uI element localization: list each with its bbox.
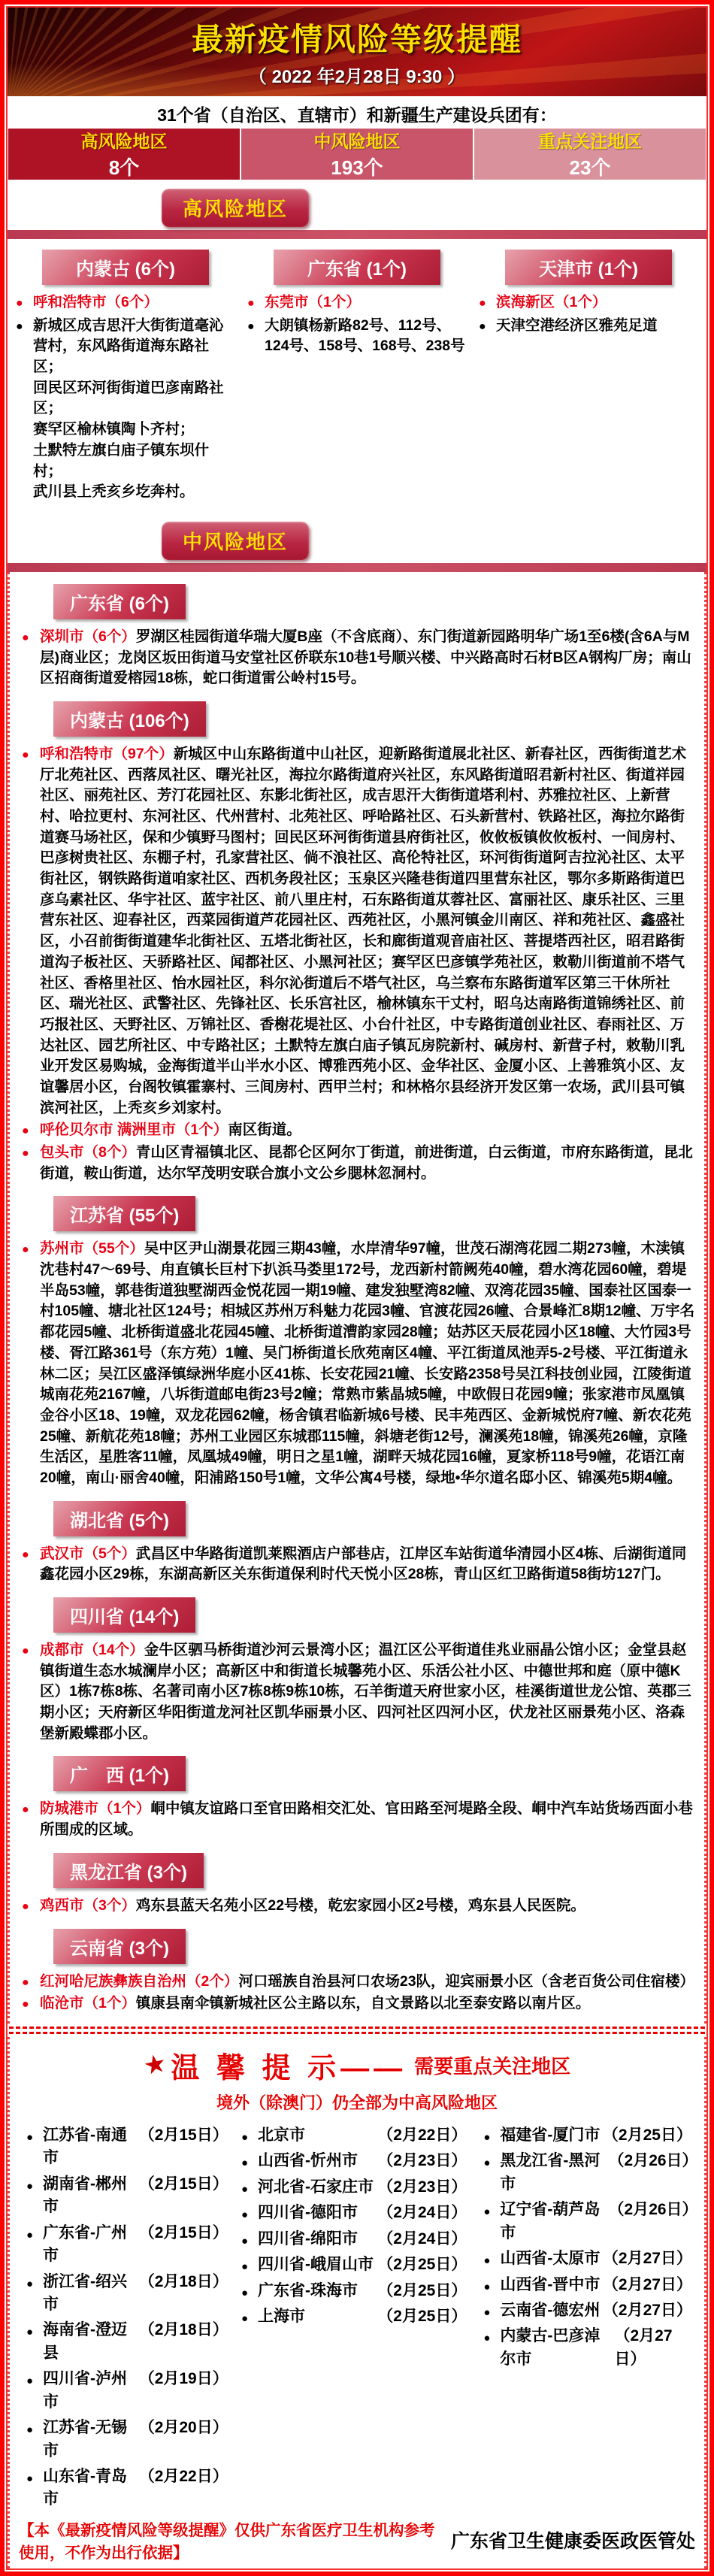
province-section-neimenggu: 内蒙古 (106个) 呼和浩特市（97个）新城区中山东路街道中山社区，迎新路街道… — [14, 691, 700, 1184]
risk-entry: 临沧市（1个）镇康县南伞镇新城社区公主路以东，自文景路以北至泰安路以南片区。 — [17, 1993, 697, 2014]
area-name: 黑龙江省-黑河市 — [500, 2150, 608, 2196]
area-name: 辽宁省-葫芦岛市 — [500, 2199, 608, 2245]
bullet-icon — [247, 292, 255, 313]
city-label: 滨海新区（1个） — [496, 294, 607, 310]
city-entry: 东莞市（1个） — [245, 292, 469, 313]
high-risk-badge-row: 高风险地区 — [8, 189, 706, 239]
bullet-icon — [22, 1896, 29, 1917]
area-entry: 天津空港经济区雅苑足道 — [477, 316, 700, 337]
focus-item: 福建省-厦门市（2月25日） — [480, 2124, 692, 2147]
high-risk-columns: 内蒙古 (6个) 呼和浩特市（6个） 新城区成吉思汗大街街道毫沁营村，东风路街道… — [8, 239, 706, 513]
focus-col-3: 福建省-厦门市（2月25日） 黑龙江省-黑河市（2月26日） 辽宁省-葫芦岛市（… — [473, 2121, 698, 2514]
area-name: 福建省-厦门市 — [500, 2124, 600, 2147]
city-label: 呼伦贝尔市 满洲里市（1个） — [40, 1122, 228, 1138]
city-entry: 滨海新区（1个） — [477, 292, 700, 313]
area-date: （2月26日） — [609, 2150, 692, 2196]
area-date: （2月18日） — [139, 2319, 225, 2365]
city-label: 呼和浩特市（97个） — [40, 746, 174, 762]
area-date: （2月27日） — [603, 2248, 692, 2270]
bullet-icon — [26, 2417, 33, 2440]
focus-item: 广东省-广州市（2月15日） — [23, 2222, 225, 2268]
province-badge: 四川省 (14个) — [53, 1597, 195, 1633]
focus-item: 辽宁省-葫芦岛市（2月26日） — [480, 2199, 692, 2245]
bullet-icon — [241, 2229, 248, 2251]
bullet-icon — [247, 316, 255, 337]
bullet-icon — [241, 2281, 248, 2303]
bullet-icon — [483, 2275, 490, 2297]
area-name: 江苏省-南通市 — [43, 2124, 139, 2170]
focus-item: 四川省-德阳市（2月24日） — [238, 2202, 467, 2224]
area-name: 江苏省-无锡市 — [43, 2417, 139, 2462]
area-list: 河口瑶族自治县河口农场23队，迎宾丽景小区（含老百货公司住宿楼） — [238, 1973, 694, 1990]
area-date: （2月24日） — [377, 2228, 467, 2251]
area-date: （2月15日） — [139, 2124, 225, 2170]
focus-item: 广东省-珠海市（2月25日） — [238, 2280, 467, 2302]
focus-item: 浙江省-绍兴市（2月18日） — [23, 2271, 225, 2317]
focus-item: 山西省-晋中市（2月27日） — [480, 2274, 692, 2296]
city-label: 红河哈尼族彝族自治州（2个） — [40, 1973, 238, 1990]
bullet-icon — [22, 1799, 29, 1820]
city-entry: 呼和浩特市（6个） — [14, 292, 237, 313]
risk-entry: 深圳市（6个）罗湖区桂园街道华瑞大厦B座（不含底商）、东门街道新园路明华广场1至… — [17, 627, 697, 689]
province-badge: 广东省 (6个) — [53, 584, 186, 619]
city-label: 东莞市（1个） — [265, 294, 361, 310]
area-date: （2月20日） — [139, 2417, 225, 2462]
area-list: 吴中区尹山湖景花园三期43幢，水岸清华97幢，世茂石湖湾花园二期273幢，木渎镇… — [40, 1240, 694, 1486]
high-risk-col-guangdong: 广东省 (1个) 东莞市（1个） 大朗镇杨新路82号、112号、124号、158… — [245, 250, 469, 505]
bullet-icon — [16, 316, 23, 337]
area-name: 山东省-青岛市 — [43, 2466, 139, 2511]
bullet-icon — [22, 1120, 29, 1141]
bullet-icon — [26, 2369, 33, 2391]
area-name: 浙江省-绍兴市 — [43, 2271, 139, 2317]
area-list: 镇康县南伞镇新城社区公主路以东，自文景路以北至泰安路以南片区。 — [136, 1995, 591, 2011]
province-badge: 黑龙江省 (3个) — [53, 1853, 204, 1888]
stat-count: 8个 — [8, 153, 240, 180]
focus-col-2: 北京市（2月22日） 山西省-忻州市（2月23日） 河北省-石家庄市（2月23日… — [231, 2121, 473, 2514]
focus-item: 云南省-德宏州（2月27日） — [480, 2299, 692, 2322]
focus-item: 四川省-绵阳市（2月24日） — [238, 2228, 467, 2251]
issuing-department: 广东省卫生健康委医政医管处 — [451, 2526, 695, 2553]
focus-item: 山西省-太原市（2月27日） — [480, 2248, 692, 2270]
bullet-icon — [22, 1239, 29, 1260]
bullet-icon — [483, 2326, 490, 2348]
focus-item: 湖南省-郴州市（2月15日） — [23, 2173, 225, 2219]
focus-item: 四川省-峨眉山市（2月25日） — [238, 2254, 467, 2276]
city-label: 苏州市（55个） — [40, 1240, 144, 1257]
province-section-hubei: 湖北省 (5个) 武汉市（5个）武昌区中华路街道凯莱熙酒店户部巷店，江岸区车站街… — [14, 1491, 700, 1585]
area-list: 武昌区中华路街道凯莱熙酒店户部巷店，江岸区车站街道华清园小区4栋、后湖街道同鑫花… — [40, 1545, 686, 1583]
medium-risk-badge-row: 中风险地区 — [8, 522, 706, 572]
risk-entry: 包头市（8个）青山区青福镇北区、昆都仑区阿尔丁街道，前进街道，白云街道，市府东路… — [17, 1143, 697, 1184]
province-badge: 江苏省 (55个) — [53, 1196, 195, 1231]
bullet-icon — [479, 316, 486, 337]
bullet-icon — [26, 2125, 33, 2148]
stat-label: 中风险地区 — [241, 128, 473, 153]
focus-item: 山西省-忻州市（2月23日） — [238, 2150, 467, 2172]
bullet-icon — [22, 1143, 29, 1164]
area-name: 山西省-太原市 — [500, 2248, 600, 2270]
area-date: （2月25日） — [377, 2254, 467, 2276]
bullet-icon — [26, 2174, 33, 2196]
risk-entry: 红河哈尼族彝族自治州（2个）河口瑶族自治县河口农场23队，迎宾丽景小区（含老百货… — [17, 1972, 697, 1993]
warm-tips-section: ★温 馨 提 示——需要重点关注地区 境外（除澳门）仍全部为中高风险地区 江苏省… — [8, 2037, 706, 2568]
area-entry: 新城区成吉思汗大街街道毫沁营村，东风路街道海东路社区； 回民区环河街街道巴彦南路… — [14, 316, 237, 503]
bullet-icon — [22, 1972, 29, 1993]
star-icon: ★ — [141, 2048, 169, 2082]
city-label: 鸡西市（3个） — [40, 1897, 136, 1914]
bullet-icon — [26, 2223, 33, 2245]
area-date: （2月22日） — [139, 2466, 225, 2511]
page-title: 最新疫情风险等级提醒 — [8, 15, 706, 60]
bullet-icon — [241, 2306, 248, 2329]
bullet-icon — [22, 744, 29, 765]
city-label: 成都市（14个） — [40, 1642, 144, 1658]
province-section-guangdong: 广东省 (6个) 深圳市（6个）罗湖区桂园街道华瑞大厦B座（不含底商）、东门街道… — [14, 574, 700, 689]
focus-areas-grid: 江苏省-南通市（2月15日） 湖南省-郴州市（2月15日） 广东省-广州市（2月… — [16, 2121, 698, 2514]
bullet-icon — [26, 2272, 33, 2294]
header-banner: 最新疫情风险等级提醒 （ 2022 年2月28日 9:30 ） — [8, 8, 706, 98]
intro-line: 31个省（自治区、直辖市）和新疆生产建设兵团有： — [8, 98, 706, 129]
province-header: 内蒙古 (6个) — [42, 250, 210, 285]
area-name: 北京市 — [258, 2124, 305, 2147]
area-list: 新城区中山东路街道中山社区，迎新路街道展北社区、新春社区，西街街道艺术厅北苑社区… — [40, 746, 686, 1116]
high-risk-col-tianjin: 天津市 (1个) 滨海新区（1个） 天津空港经济区雅苑足道 — [477, 250, 700, 505]
disclaimer-text: 【本《最新疫情风险等级提醒》仅供广东省医疗卫生机构参考使用，不作为出行依据】 — [19, 2517, 449, 2562]
bullet-icon — [479, 292, 486, 313]
stat-count: 23个 — [474, 153, 706, 180]
area-date: （2月24日） — [377, 2202, 467, 2224]
area-list: 鸡东县蓝天名苑小区22号楼，乾宏家园小区2号楼，鸡东县人民医院。 — [136, 1897, 585, 1914]
area-date: （2月27日） — [603, 2274, 692, 2296]
bullet-icon — [241, 2125, 248, 2148]
area-date: （2月27日） — [614, 2325, 691, 2371]
risk-entry: 武汉市（5个）武昌区中华路街道凯莱熙酒店户部巷店，江岸区车站街道华清园小区4栋、… — [17, 1544, 697, 1585]
province-section-heilongjiang: 黑龙江省 (3个) 鸡西市（3个）鸡东县蓝天名苑小区22号楼，乾宏家园小区2号楼… — [14, 1842, 700, 1917]
province-section-sichuan: 四川省 (14个) 成都市（14个）金牛区驷马桥街道沙河云景湾小区；温江区公平街… — [14, 1587, 700, 1744]
bullet-icon — [22, 1640, 29, 1661]
bullet-icon — [26, 2320, 33, 2342]
footer: 【本《最新疫情风险等级提醒》仅供广东省医疗卫生机构参考使用，不作为出行依据】 广… — [16, 2514, 698, 2568]
area-date: （2月27日） — [603, 2299, 692, 2322]
area-date: （2月23日） — [377, 2150, 467, 2172]
area-name: 广东省-珠海市 — [258, 2280, 358, 2302]
area-date: （2月18日） — [139, 2271, 225, 2317]
city-label: 深圳市（6个） — [40, 628, 136, 645]
focus-item: 河北省-石家庄市（2月23日） — [238, 2176, 467, 2199]
focus-item: 江苏省-无锡市（2月20日） — [23, 2417, 225, 2462]
province-badge: 湖北省 (5个) — [53, 1501, 186, 1536]
stat-medium-risk: 中风险地区 193个 — [241, 129, 473, 180]
focus-item: 四川省-泸州市（2月19日） — [23, 2368, 225, 2414]
area-name: 广东省-广州市 — [43, 2222, 139, 2268]
province-section-jiangsu: 江苏省 (55个) 苏州市（55个）吴中区尹山湖景花园三期43幢，水岸清华97幢… — [14, 1185, 700, 1488]
city-label: 防城港市（1个） — [40, 1800, 150, 1817]
poster-frame: 最新疫情风险等级提醒 （ 2022 年2月28日 9:30 ） 31个省（自治区… — [0, 0, 714, 2576]
area-name: 四川省-德阳市 — [258, 2202, 358, 2224]
medium-risk-sections: 广东省 (6个) 深圳市（6个）罗湖区桂园街道华瑞大厦B座（不含底商）、东门街道… — [8, 572, 706, 2024]
focus-item: 北京市（2月22日） — [238, 2124, 467, 2147]
area-name: 湖南省-郴州市 — [43, 2173, 139, 2219]
stat-high-risk: 高风险地区 8个 — [8, 129, 240, 180]
report-datetime: （ 2022 年2月28日 9:30 ） — [8, 62, 706, 88]
focus-item: 江苏省-南通市（2月15日） — [23, 2124, 225, 2170]
bullet-icon — [26, 2466, 33, 2489]
bullet-icon — [241, 2151, 248, 2173]
area-date: （2月26日） — [609, 2199, 692, 2245]
area-date: （2月22日） — [377, 2124, 467, 2147]
bullet-icon — [483, 2300, 490, 2323]
risk-entry: 呼伦贝尔市 满洲里市（1个）南区街道。 — [17, 1120, 697, 1141]
high-risk-col-neimenggu: 内蒙古 (6个) 呼和浩特市（6个） 新城区成吉思汗大街街道毫沁营村，东风路街道… — [14, 250, 237, 505]
area-name: 四川省-泸州市 — [43, 2368, 139, 2414]
bullet-icon — [483, 2199, 490, 2222]
province-badge: 广 西 (1个) — [53, 1756, 186, 1791]
area-name: 云南省-德宏州 — [500, 2299, 600, 2322]
focus-item: 山东省-青岛市（2月22日） — [23, 2466, 225, 2511]
stat-label: 重点关注地区 — [474, 128, 706, 153]
risk-entry: 呼和浩特市（97个）新城区中山东路街道中山社区，迎新路街道展北社区、新春社区，西… — [17, 744, 697, 1118]
warm-tips-title: 温 馨 提 示—— — [171, 2053, 407, 2084]
bullet-icon — [16, 292, 23, 313]
bullet-icon — [483, 2151, 490, 2173]
risk-entry: 成都市（14个）金牛区驷马桥街道沙河云景湾小区；温江区公平街道佳兆业丽晶公馆小区… — [17, 1640, 697, 1744]
area-name: 海南省-澄迈县 — [43, 2319, 139, 2365]
area-name: 四川省-绵阳市 — [258, 2228, 358, 2251]
area-list: 罗湖区桂园街道华瑞大厦B座（不含底商）、东门街道新园路明华广场1至6楼(含6A与… — [40, 628, 691, 686]
focus-col-1: 江苏省-南通市（2月15日） 湖南省-郴州市（2月15日） 广东省-广州市（2月… — [16, 2121, 231, 2514]
stat-focus-areas: 重点关注地区 23个 — [474, 129, 706, 180]
area-date: （2月25日） — [377, 2280, 467, 2302]
area-date: （2月19日） — [139, 2368, 225, 2414]
overseas-note: 境外（除澳门）仍全部为中高风险地区 — [16, 2090, 698, 2114]
stat-label: 高风险地区 — [8, 128, 240, 153]
focus-item: 黑龙江省-黑河市（2月26日） — [480, 2150, 692, 2196]
bullet-icon — [483, 2125, 490, 2148]
area-list: 青山区青福镇北区、昆都仑区阿尔丁街道，前进街道，白云街道，市府东路街道，昆北街道… — [40, 1144, 693, 1182]
province-section-yunnan: 云南省 (3个) 红河哈尼族彝族自治州（2个）河口瑶族自治县河口农场23队，迎宾… — [14, 1918, 700, 2014]
focus-item: 内蒙古-巴彦淖尔市（2月27日） — [480, 2325, 692, 2371]
area-list: 大朗镇杨新路82号、112号、124号、158号、168号、238号 — [265, 317, 465, 355]
area-name: 山西省-晋中市 — [500, 2274, 600, 2296]
risk-entry: 鸡西市（3个）鸡东县蓝天名苑小区22号楼，乾宏家园小区2号楼，鸡东县人民医院。 — [17, 1896, 697, 1917]
bullet-icon — [22, 1993, 29, 2014]
city-label: 呼和浩特市（6个） — [33, 294, 159, 310]
poster-body: 最新疫情风险等级提醒 （ 2022 年2月28日 9:30 ） 31个省（自治区… — [6, 6, 708, 2570]
bullet-icon — [241, 2254, 248, 2277]
bullet-icon — [241, 2177, 248, 2199]
bullet-icon — [241, 2202, 248, 2225]
bullet-icon — [22, 1544, 29, 1565]
risk-entry: 防城港市（1个）峒中镇友谊路口至官田路相交汇处、官田路至河堤路全段、峒中汽车站货… — [17, 1799, 697, 1840]
area-entry: 大朗镇杨新路82号、112号、124号、158号、168号、238号 — [245, 316, 469, 357]
focus-item: 海南省-澄迈县（2月18日） — [23, 2319, 225, 2365]
warm-tips-title-row: ★温 馨 提 示——需要重点关注地区 — [16, 2045, 698, 2086]
area-list: 天津空港经济区雅苑足道 — [496, 317, 658, 334]
medium-risk-badge: 中风险地区 — [162, 522, 309, 560]
section-divider-bar — [8, 230, 706, 239]
area-name: 上海市 — [258, 2305, 305, 2328]
section-divider-bar — [8, 563, 706, 572]
city-label: 武汉市（5个） — [40, 1545, 136, 1562]
risk-stats-bar: 高风险地区 8个 中风险地区 193个 重点关注地区 23个 — [8, 129, 706, 180]
province-header: 天津市 (1个) — [505, 250, 673, 285]
risk-entry: 苏州市（55个）吴中区尹山湖景花园三期43幢，水岸清华97幢，世茂石湖湾花园二期… — [17, 1239, 697, 1488]
area-name: 山西省-忻州市 — [258, 2150, 358, 2172]
province-badge: 云南省 (3个) — [53, 1929, 186, 1964]
city-label: 包头市（8个） — [40, 1144, 136, 1161]
area-date: （2月15日） — [139, 2222, 225, 2268]
area-date: （2月23日） — [377, 2176, 467, 2199]
area-list: 南区街道。 — [228, 1122, 301, 1138]
province-badge: 内蒙古 (106个) — [53, 701, 206, 737]
bullet-icon — [22, 627, 29, 648]
area-list: 新城区成吉思汗大街街道毫沁营村，东风路街道海东路社区； 回民区环河街街道巴彦南路… — [33, 317, 224, 501]
area-name: 河北省-石家庄市 — [258, 2176, 374, 2199]
focus-item: 上海市（2月25日） — [238, 2305, 467, 2328]
area-name: 四川省-峨眉山市 — [258, 2254, 374, 2276]
area-date: （2月25日） — [377, 2305, 467, 2328]
stat-count: 193个 — [241, 153, 473, 180]
area-date: （2月25日） — [603, 2124, 692, 2147]
city-label: 临沧市（1个） — [40, 1995, 136, 2011]
province-section-guangxi: 广 西 (1个) 防城港市（1个）峒中镇友谊路口至官田路相交汇处、官田路至河堤路… — [14, 1745, 700, 1840]
dashed-separator — [9, 2027, 705, 2034]
bullet-icon — [483, 2248, 490, 2271]
high-risk-badge: 高风险地区 — [162, 189, 309, 227]
warm-tips-subtitle: 需要重点关注地区 — [414, 2055, 570, 2078]
area-name: 内蒙古-巴彦淖尔市 — [500, 2325, 614, 2371]
area-date: （2月15日） — [139, 2173, 225, 2219]
province-header: 广东省 (1个) — [274, 250, 441, 285]
